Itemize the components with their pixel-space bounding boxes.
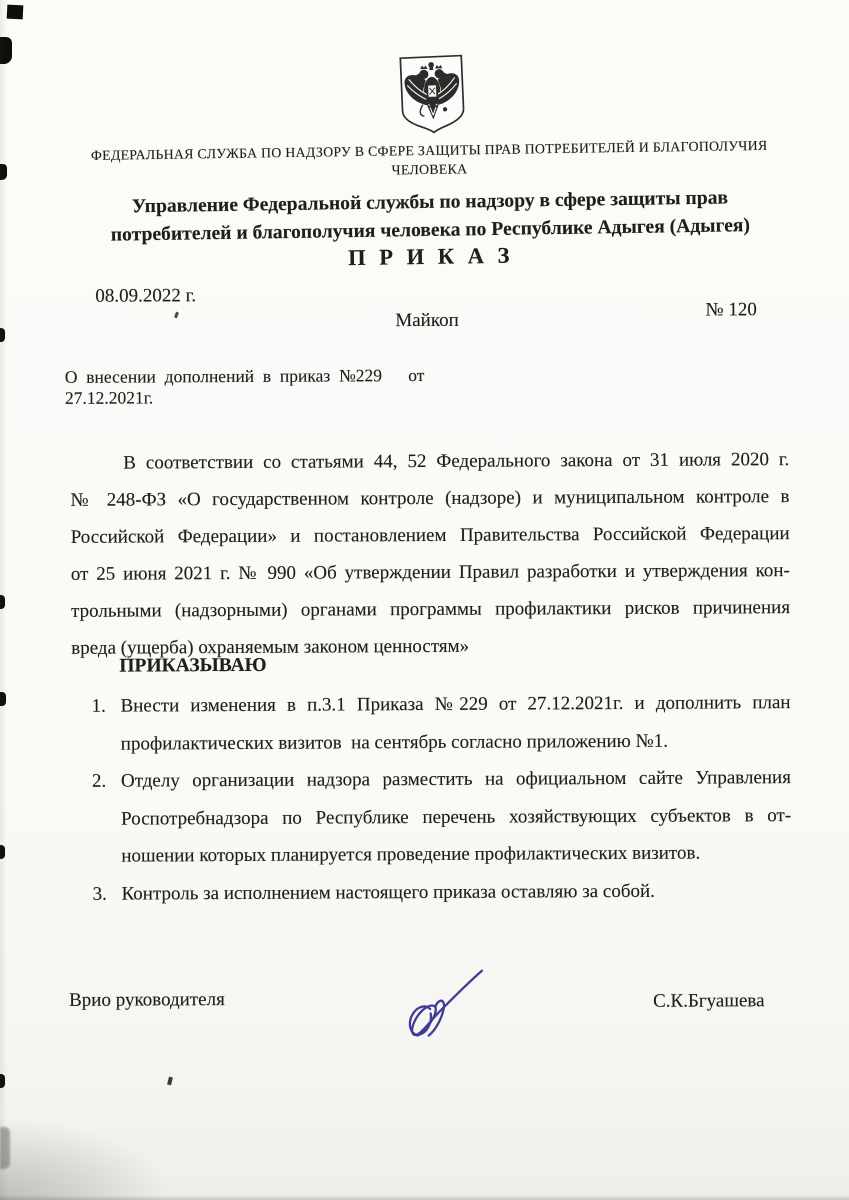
signer-position-title: Врио руководителя [69,989,225,1012]
item-number: 3. [92,875,121,913]
scan-artifact [7,5,24,20]
body-line: В соответствии со статьями 44, 52 Федера… [70,441,789,482]
subject-line-1: О внесении дополнений в приказ №229 от [65,365,425,388]
document-page: ФЕДЕРАЛЬНАЯ СЛУЖБА ПО НАДЗОРУ В СФЕРЕ ЗА… [0,0,849,1200]
item-line: ношении которых планируется проведение п… [121,834,791,875]
document-body-paragraph: В соответствии со статьями 44, 52 Федера… [70,441,790,667]
document-subject: О внесении дополнений в приказ №229 от 2… [65,365,425,409]
order-item-2: 2. Отделу организации надзора разместить… [92,759,792,875]
item-line: Контроль за исполнением настоящего прика… [121,872,791,913]
body-line: от 25 июня 2021 г. № 990 «Об утверждении… [71,552,790,593]
order-items-list: 1. Внести изменения в п.3.1 Приказа №229… [91,684,791,913]
scan-edge-shadow [0,0,7,1200]
order-item-1: 1. Внести изменения в п.3.1 Приказа №229… [91,684,790,763]
signature-autograph [390,966,486,1041]
item-line: Отделу организации надзора разместить на… [121,759,791,800]
item-line: Роспотребнадзора по Республике перечень … [121,797,791,838]
scan-corner-shadow [0,1120,170,1200]
scan-bottom-edge [0,1195,849,1200]
document-header: ФЕДЕРАЛЬНАЯ СЛУЖБА ПО НАДЗОРУ В СФЕРЕ ЗА… [0,0,849,296]
coat-of-arms-icon [396,52,468,135]
body-line: трольными (надзорными) органами программ… [71,589,790,630]
item-line: профилактических визитов на сентябрь сог… [121,722,791,763]
item-number: 2. [92,763,121,801]
order-item-3: 3. Контроль за исполнением настоящего пр… [92,872,791,913]
document-date: 08.09.2022 г. [95,285,196,308]
order-keyword: ПРИКАЗЫВАЮ [119,655,266,678]
item-line: Внести изменения в п.3.1 Приказа №229 от… [120,684,790,725]
document-city: Майкоп [6,308,847,334]
body-line: № 248-ФЗ «О государственном контроле (на… [70,478,789,519]
signer-name: С.К.Бгуашева [653,990,765,1013]
item-number: 1. [91,688,120,726]
subject-line-2: 27.12.2021г. [65,386,425,409]
body-line: Российской Федерации» и постановлением П… [71,515,790,556]
agency-name: ФЕДЕРАЛЬНАЯ СЛУЖБА ПО НАДЗОРУ В СФЕРЕ ЗА… [12,136,847,185]
